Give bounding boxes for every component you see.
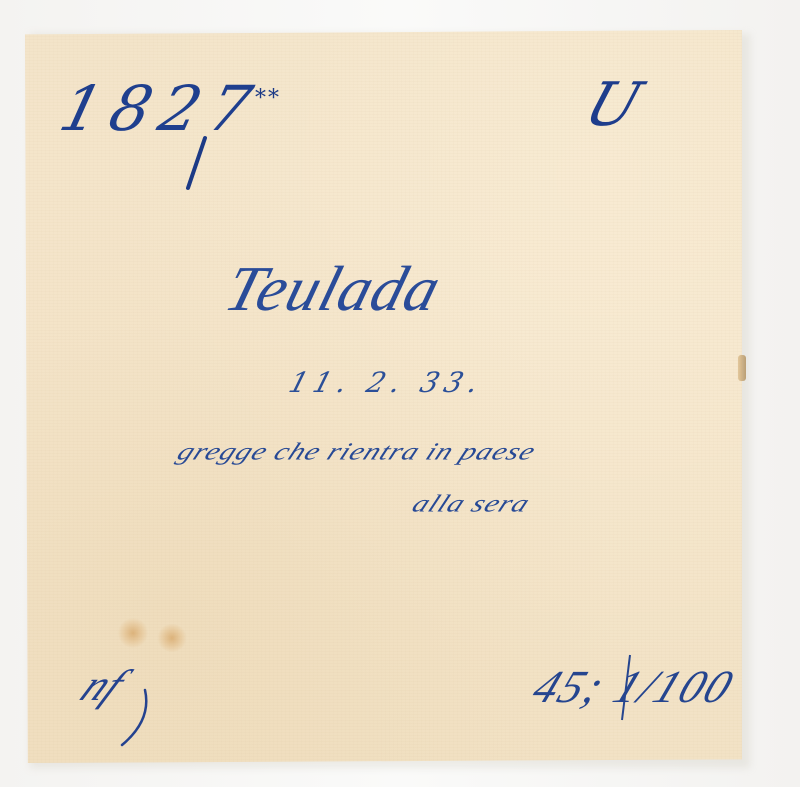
caption-line-1: gregge che rientra in paese bbox=[173, 438, 541, 466]
exposure-settings: 45; 1/100 bbox=[525, 660, 742, 713]
foxing-stain bbox=[157, 624, 187, 652]
caption-line-2: alla sera bbox=[408, 490, 535, 518]
date: 11. 2. 33. bbox=[285, 366, 488, 399]
place-name: Teulada bbox=[217, 252, 449, 326]
catalog-number: 1827 bbox=[53, 72, 269, 145]
foxing-stain bbox=[118, 618, 148, 648]
catalog-marks: ** bbox=[255, 86, 281, 111]
card-edge-tear bbox=[738, 355, 746, 381]
